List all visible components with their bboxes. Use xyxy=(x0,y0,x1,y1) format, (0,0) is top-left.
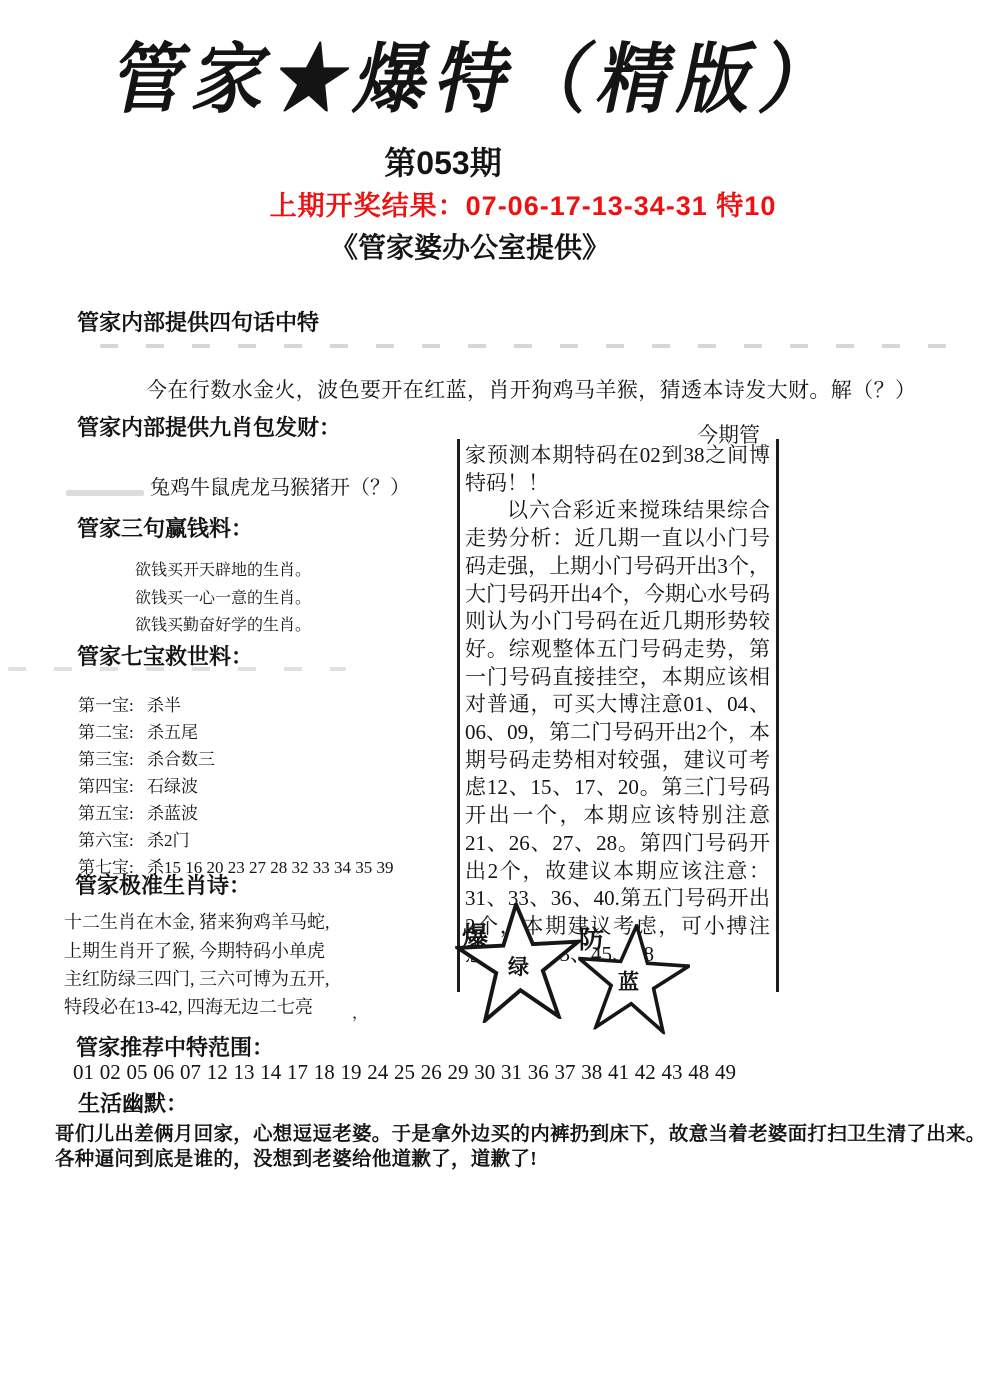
masthead-title: 管家★爆特（精版） xyxy=(104,18,887,128)
heading-nine-zodiac: 管家内部提供九肖包发财： xyxy=(77,411,341,442)
zodiac-poem-trailing-mark: ， xyxy=(352,1000,368,1023)
four-sentences-verse: 今在行数水金火，波色要开在红蓝，肖开狗鸡马羊猴，猜透本诗发大财。解（？） xyxy=(146,374,946,404)
nine-zodiac-value: 兔鸡牛鼠虎龙马猴猪开（？） xyxy=(150,471,410,500)
heading-recommend-range: 管家推荐中特范围： xyxy=(76,1031,274,1062)
three-money-line: 欲钱买开天辟地的生肖。 xyxy=(135,557,311,580)
treasure-row: 第六宝:杀2门 xyxy=(78,826,190,851)
zodiac-poem-line: 主红防绿三四门, 三六可博为五开, xyxy=(64,965,330,991)
treasure-label: 第一宝: xyxy=(78,691,147,716)
treasure-value: 杀蓝波 xyxy=(147,804,198,823)
star-blue-text: 蓝 xyxy=(618,966,639,996)
recommend-range-numbers: 01 02 05 06 07 12 13 14 17 18 19 24 25 2… xyxy=(73,1060,736,1085)
treasure-label: 第六宝: xyxy=(78,826,147,851)
heading-three-money: 管家三句赢钱料： xyxy=(77,512,253,543)
issue-number: 第053期 xyxy=(0,138,886,184)
smudge-line xyxy=(100,344,960,348)
humor-line: 哥们儿出差俩月回家，心想逗逗老婆。于是拿外边买的内裤扔到床下，故意当着老婆面打扫… xyxy=(55,1118,973,1146)
zodiac-poem-line: 特段必在13-42, 四海无边二七亮 xyxy=(64,993,313,1019)
treasure-row: 第五宝:杀蓝波 xyxy=(78,799,198,824)
prediction-intro: 家预测本期特码在02到38之间博特码！！ xyxy=(465,442,770,497)
treasure-value: 石绿波 xyxy=(147,777,198,796)
last-draw-result: 上期开奖结果：07-06-17-13-34-31 特10 xyxy=(66,184,980,223)
treasure-value: 杀五尾 xyxy=(147,723,198,742)
smudge-mark xyxy=(66,490,144,496)
zodiac-poem-line: 上期生肖开了猴, 今期特码小单虎 xyxy=(64,937,325,963)
treasure-label: 第四宝: xyxy=(78,772,147,797)
provider-line: 《管家婆办公室提供》 xyxy=(0,226,940,266)
three-money-line: 欲钱买一心一意的生肖。 xyxy=(135,585,311,608)
treasure-label: 第二宝: xyxy=(78,718,147,743)
smudge-line xyxy=(8,667,346,671)
treasure-row: 第二宝:杀五尾 xyxy=(78,718,198,743)
treasure-value: 杀半 xyxy=(147,696,181,715)
heading-zodiac-poem: 管家极准生肖诗： xyxy=(75,869,251,900)
lottery-tip-sheet: 管家★爆特（精版） 第053期 上期开奖结果：07-06-17-13-34-31… xyxy=(0,0,981,1388)
treasure-row: 第一宝:杀半 xyxy=(78,691,181,716)
heading-life-humor: 生活幽默： xyxy=(78,1087,188,1118)
treasure-value: 杀合数三 xyxy=(147,750,215,769)
prediction-analysis: 以六合彩近来搅珠结果综合走势分析：近几期一直以小门号码走强，上期小门号码开出3个… xyxy=(465,497,770,968)
humor-line: 各种逼问到底是谁的，没想到老婆给他道歉了，道歉了! xyxy=(55,1143,973,1171)
treasure-row: 第三宝:杀合数三 xyxy=(78,745,215,770)
heading-four-sentences: 管家内部提供四句话中特 xyxy=(77,306,319,337)
star-green-text: 绿 xyxy=(508,951,529,981)
treasure-label: 第五宝: xyxy=(78,799,147,824)
treasure-label: 第三宝: xyxy=(78,745,147,770)
three-money-line: 欲钱买勤奋好学的生肖。 xyxy=(135,612,311,635)
treasure-row: 第四宝:石绿波 xyxy=(78,772,198,797)
treasure-value: 杀2门 xyxy=(147,831,190,850)
zodiac-poem-line: 十二生肖在木金, 猪来狗鸡羊马蛇, xyxy=(64,908,330,934)
